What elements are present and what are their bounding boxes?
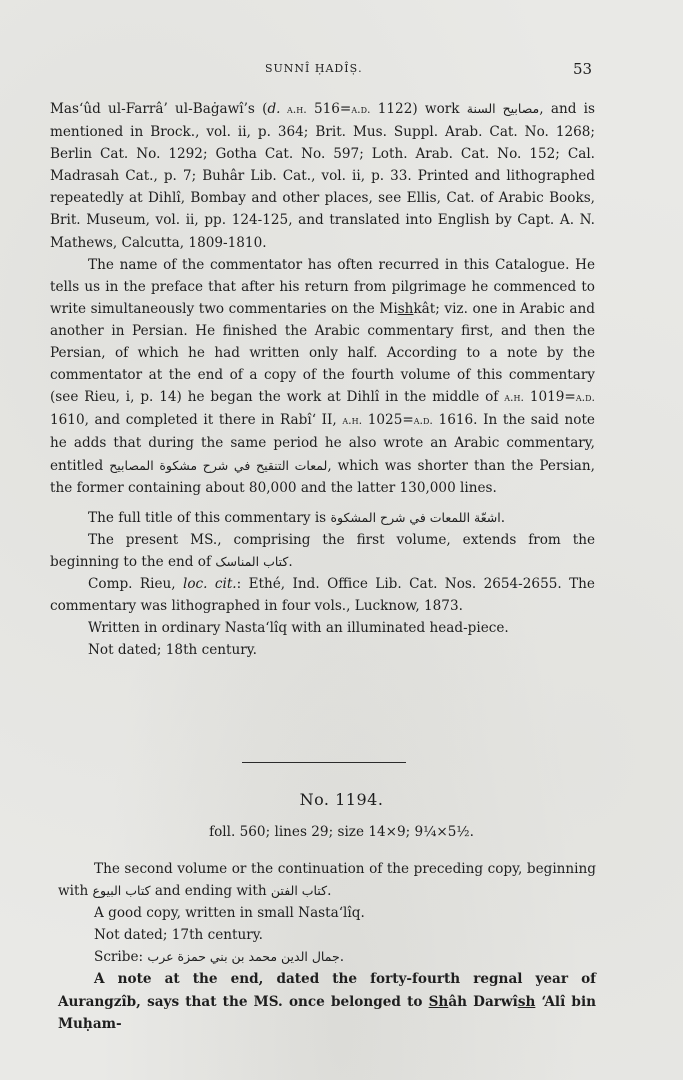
arabic-title: اشعّة اللمعات في شرح المشكوة [330, 510, 500, 525]
paragraph-copy-quality: A good copy, written in small Nasta‘lîq. [58, 902, 596, 924]
arabic-title: كتاب الفتن [271, 883, 327, 898]
text-run-underlined: Sh [429, 994, 449, 1010]
entry-number-heading: No. 1194. [0, 790, 683, 809]
text-run: 1025= [362, 412, 414, 428]
text-run: 1610, and completed it there in Rabî‘ II… [50, 412, 342, 428]
arabic-title: كتاب البيوع [93, 883, 151, 898]
text-run: Mas‘ûd ul-Farrâ’ ul-Baġawî’s ( [50, 101, 267, 117]
text-run-italic: loc. cit. [183, 576, 237, 592]
text-run: Scribe: [94, 949, 147, 965]
text-run: The full title of this commentary is [88, 510, 330, 526]
paragraph-full-title: The full title of this commentary is اشع… [50, 507, 595, 529]
paragraph-second-volume: The second volume or the continuation of… [58, 858, 596, 902]
main-body-text: Mas‘ûd ul-Farrâ’ ul-Baġawî’s (d. a.h. 51… [50, 98, 595, 661]
text-run-underlined: sh [518, 994, 536, 1010]
entry-physical-description: foll. 560; lines 29; size 14×9; 9¼×5½. [0, 824, 683, 840]
paragraph-commentator: The name of the commentator has often re… [50, 254, 595, 499]
text-run: , and is mentioned in Brock., vol. ii, p… [50, 101, 595, 251]
arabic-title: كتاب المناسک [215, 554, 288, 569]
text-run: 1122) work [371, 101, 467, 117]
text-run: Comp. Rieu, [88, 576, 183, 592]
text-run-smallcaps: a.d. [414, 414, 433, 427]
arabic-title: لمعات التنقيح في شرح مشكوة المصابيح [109, 458, 327, 473]
text-run-smallcaps: a.d. [351, 103, 370, 116]
text-run-smallcaps: a.h. [342, 414, 362, 427]
entry-body-text: The second volume or the continuation of… [58, 858, 596, 1035]
text-run: . [501, 510, 505, 526]
scanned-page: Sunnî Ḥadîṣ. 53 Mas‘ûd ul-Farrâ’ ul-Baġa… [0, 0, 683, 1080]
paragraph-script: Written in ordinary Nasta‘lîq with an il… [50, 617, 595, 639]
paragraph-date: Not dated; 18th century. [50, 639, 595, 661]
text-run: . [327, 883, 331, 899]
running-head: Sunnî Ḥadîṣ. 53 [0, 60, 683, 80]
arabic-title: مصابيح السنة [467, 101, 540, 116]
page-number: 53 [573, 60, 592, 78]
text-run: and ending with [151, 883, 271, 899]
paragraph-continuation: Mas‘ûd ul-Farrâ’ ul-Baġawî’s (d. a.h. 51… [50, 98, 595, 254]
paragraph-scribe: Scribe: جمال الدين محمد بن بني حمزة عرب. [58, 946, 596, 968]
text-run-smallcaps: a.d. [576, 391, 595, 404]
running-title: Sunnî Ḥadîṣ. [265, 62, 363, 75]
text-run-underlined: sh [398, 301, 414, 317]
text-run-smallcaps: a.h. [281, 103, 307, 116]
text-run: . [288, 554, 292, 570]
text-run: 1019= [524, 389, 576, 405]
text-run: âh Darwî [448, 994, 518, 1010]
text-run-italic: d. [267, 101, 280, 117]
text-run: The present MS., comprising the first vo… [50, 532, 595, 570]
text-run: 516= [307, 101, 352, 117]
text-run-smallcaps: a.h. [504, 391, 524, 404]
paragraph-date: Not dated; 17th century. [58, 924, 596, 946]
paragraph-note: A note at the end, dated the forty-fourt… [58, 968, 596, 1034]
paragraph-comparison: Comp. Rieu, loc. cit.: Ethé, Ind. Office… [50, 573, 595, 617]
text-run: . [340, 949, 344, 965]
paragraph-present-ms: The present MS., comprising the first vo… [50, 529, 595, 573]
arabic-scribe-name: جمال الدين محمد بن بني حمزة عرب [147, 949, 339, 964]
section-divider [242, 762, 406, 763]
